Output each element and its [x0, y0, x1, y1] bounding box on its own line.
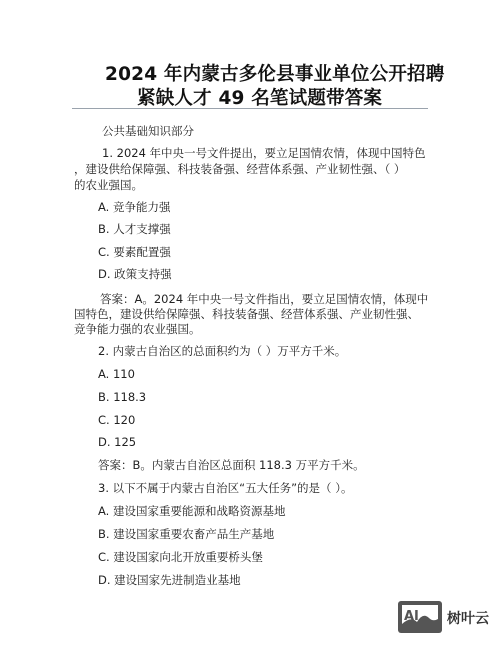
question-2-stem: 2. 内蒙古自治区的总面积约为（ ）万平方千米。	[98, 344, 346, 358]
question-3-option-d: D. 建设国家先进制造业基地	[98, 573, 241, 587]
question-1-line-2: ，建设供给保障强、科技装备强、经营体系强、产业韧性强、（ ）	[74, 162, 405, 176]
section-heading: 公共基础知识部分	[102, 124, 194, 138]
question-1-answer-line-1: 答案：A。2024 年中央一号文件指出，要立足国情农情，体现中	[100, 292, 428, 306]
question-1-option-a: A. 竞争能力强	[98, 200, 170, 214]
question-2-option-a: A. 110	[98, 367, 135, 381]
ai-image-logo-icon: AI	[397, 600, 443, 634]
title-divider	[72, 108, 428, 109]
svg-text:AI: AI	[404, 609, 419, 624]
question-3-option-b: B. 建设国家重要农畜产品生产基地	[98, 527, 274, 541]
document-title-line-1: 2024 年内蒙古多伦县事业单位公开招聘	[105, 63, 500, 87]
question-2-option-d: D. 125	[98, 435, 136, 449]
question-1-line-3: 的农业强国。	[74, 178, 143, 192]
question-3-option-c: C. 建设国家向北开放重要桥头堡	[98, 550, 263, 564]
question-2-answer: 答案：B。内蒙古自治区总面积 118.3 万平方千米。	[98, 458, 365, 472]
question-3-stem: 3. 以下不属于内蒙古自治区“五大任务”的是（ ）。	[98, 481, 352, 495]
question-1-option-b: B. 人才支撑强	[98, 222, 171, 236]
question-2-option-b: B. 118.3	[98, 390, 146, 404]
question-3-option-a: A. 建设国家重要能源和战略资源基地	[98, 504, 285, 518]
question-1-option-c: C. 要素配置强	[98, 245, 171, 259]
question-1-line-1: 1. 2024 年中央一号文件提出，要立足国情农情，体现中国特色	[102, 146, 426, 160]
question-1-option-d: D. 政策支持强	[98, 267, 172, 281]
question-1-answer-line-2: 国特色，建设供给保障强、科技装备强、经营体系强、产业韧性强、	[74, 307, 419, 321]
question-2-option-c: C. 120	[98, 413, 135, 427]
watermark-label: 树叶云	[447, 608, 489, 628]
question-1-answer-line-3: 竞争能力强的农业强国。	[74, 322, 201, 336]
